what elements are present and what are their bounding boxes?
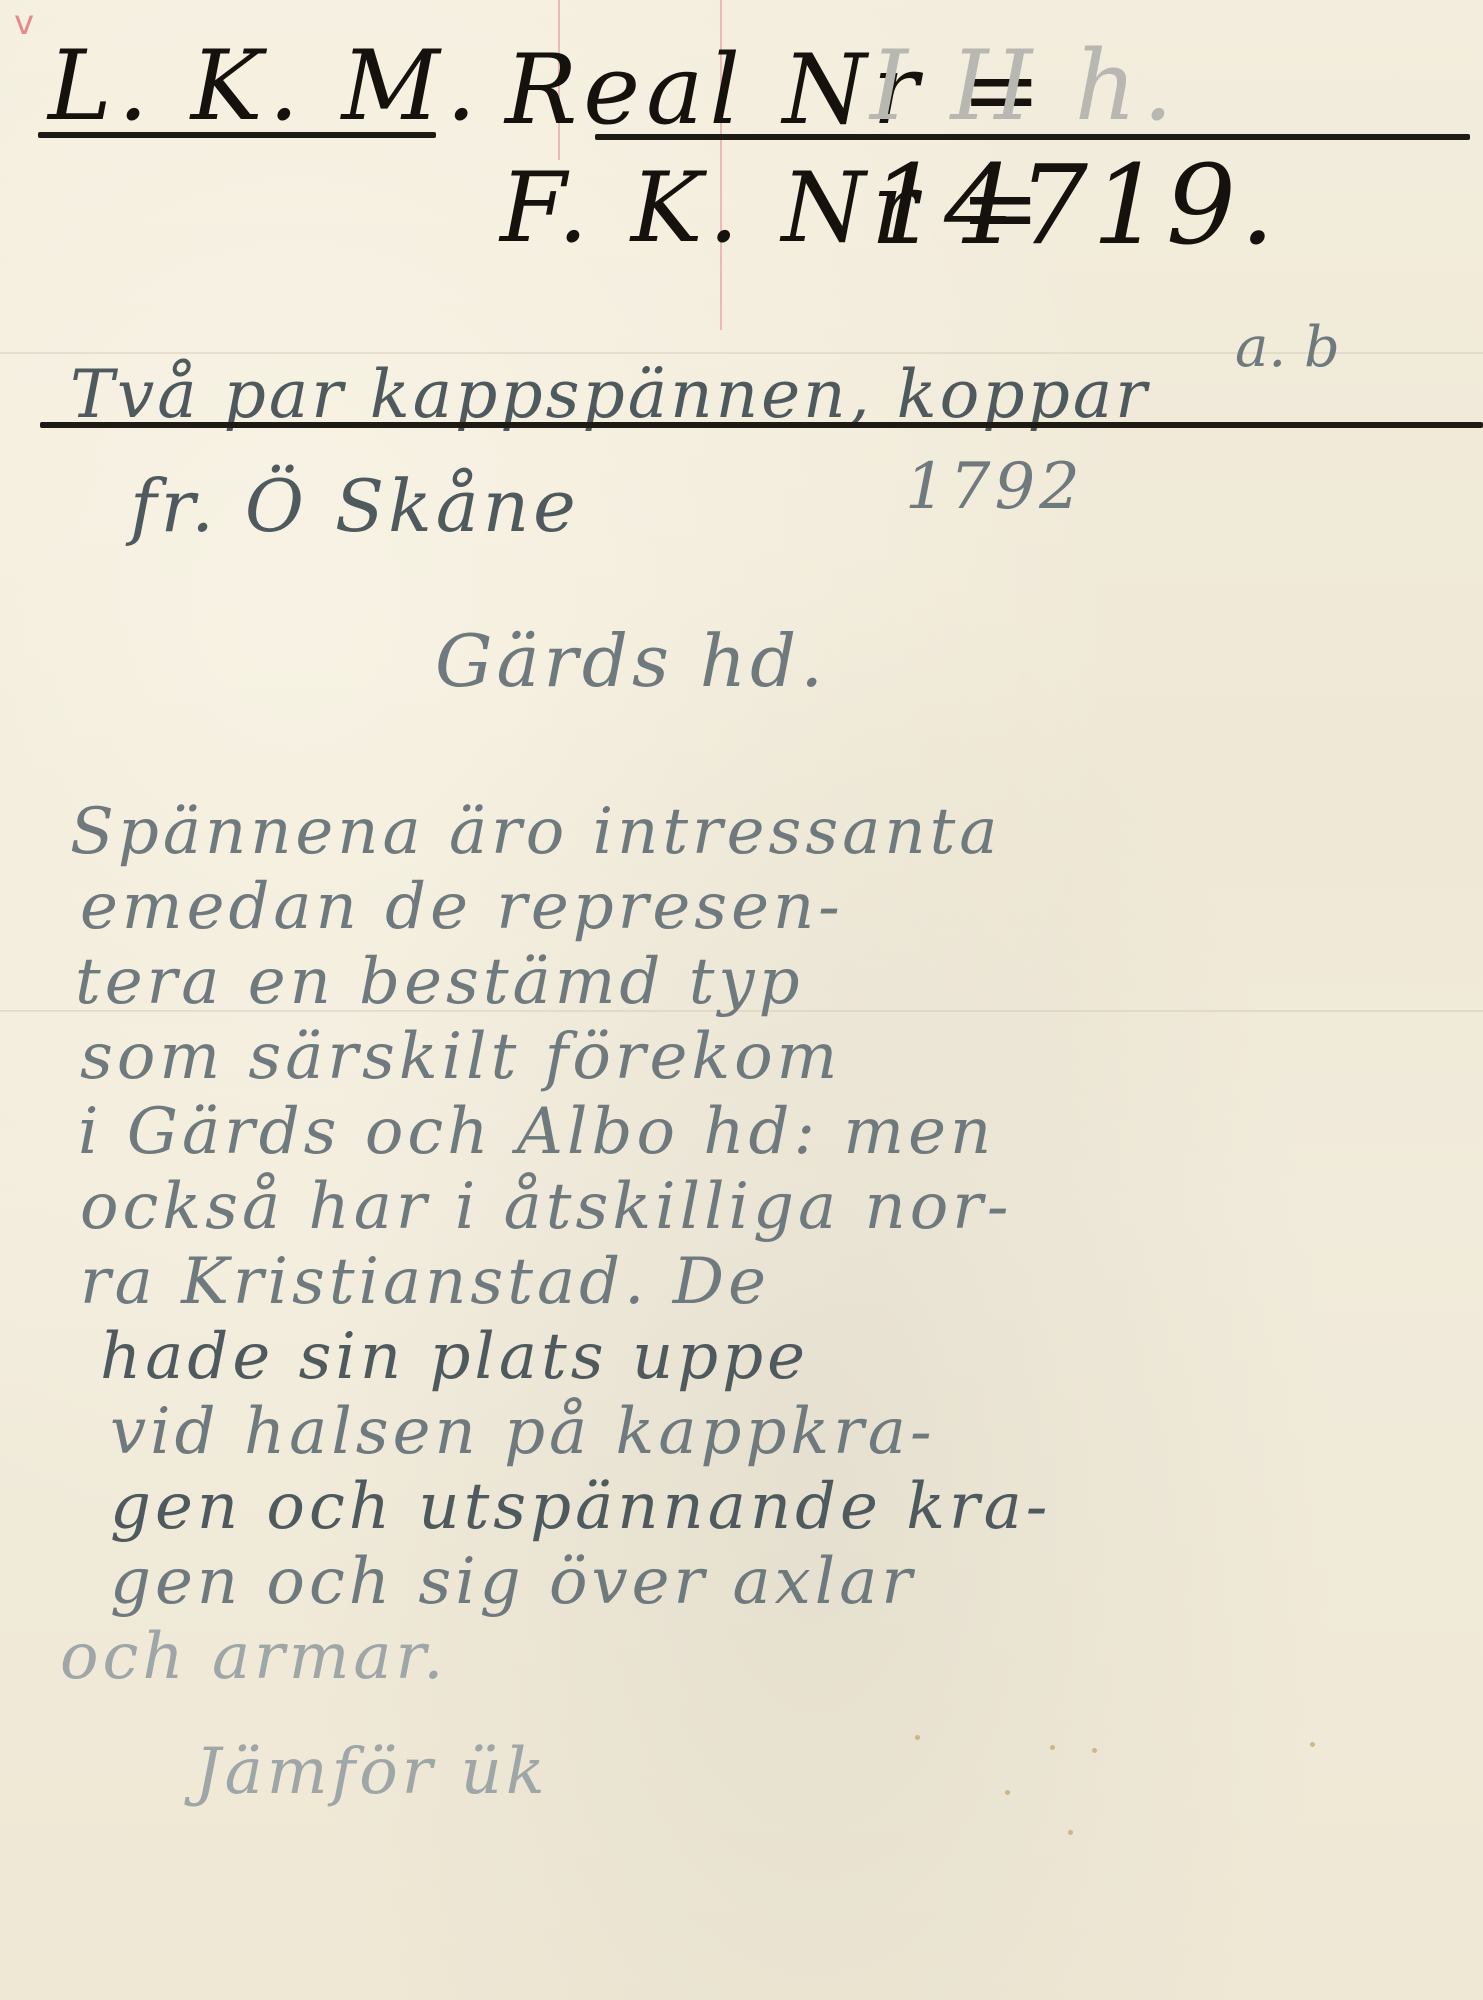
foxing-spot (1092, 1748, 1097, 1753)
body-line-5: i Gärds och Albo hd: men (78, 1100, 995, 1164)
body-line-4: som särskilt förekom (80, 1025, 841, 1089)
body-line-9: vid halsen på kappkra- (110, 1400, 936, 1464)
body-line-2: emedan de represen- (80, 875, 844, 939)
header-rule-right (595, 134, 1470, 140)
title-rule (40, 422, 1483, 428)
fk-number-value: 14719. (870, 150, 1279, 260)
body-line-11: gen och sig över axlar (110, 1550, 916, 1614)
foxing-spot (1310, 1742, 1315, 1747)
provenance-origin: fr. Ö Skåne (130, 470, 580, 542)
body-line-7: ra Kristianstad. De (80, 1250, 770, 1314)
body-line-6: också har i åtskilliga nor- (80, 1175, 1012, 1239)
body-line-10: gen och utspännande kra- (110, 1475, 1051, 1539)
foxing-spot (1068, 1830, 1073, 1835)
provenance-district: Gärds hd. (435, 625, 827, 697)
check-mark-icon: v (14, 6, 34, 40)
body-line-8: hade sin plats uppe (100, 1325, 809, 1389)
body-line-3: tera en bestämd typ (75, 950, 804, 1014)
foxing-spot (1050, 1745, 1055, 1750)
object-title: Två par kappspännen, koppar (70, 362, 1150, 428)
foxing-spot (1005, 1790, 1010, 1795)
header-rule-left (38, 132, 436, 138)
provenance-year: 1792 (905, 455, 1084, 519)
body-line-1: Spännena äro intressanta (70, 800, 1001, 864)
foxing-spot (915, 1735, 920, 1740)
real-number-value: I II h. (870, 38, 1179, 134)
comparison-note: Jämför ük (195, 1740, 549, 1804)
collection-code: L. K. M. (48, 38, 482, 134)
fk-sub-value: a. b (1235, 320, 1340, 376)
body-line-12: och armar. (60, 1625, 447, 1689)
